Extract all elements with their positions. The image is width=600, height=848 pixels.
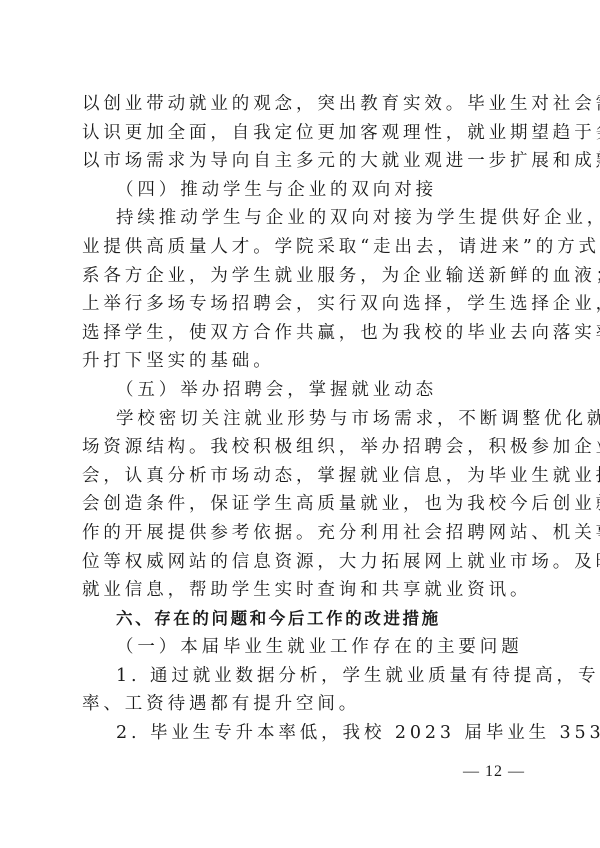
document-page: 以创业带动就业的观念，突出教育实效。毕业生对社会需求的 认识更加全面，自我定位更… <box>82 90 519 748</box>
paragraph-line: 作的开展提供参考依据。充分利用社会招聘网站、机关事业单 <box>82 519 519 548</box>
paragraph-line: 2. 毕业生专升本率低，我校 2023 届毕业生 3537 人，升学 <box>82 719 519 748</box>
paragraph-line: 选择学生，使双方合作共赢，也为我校的毕业去向落实率的提 <box>82 319 519 348</box>
subheading-4: （四）推动学生与企业的双向对接 <box>82 176 519 205</box>
paragraph-line: 会创造条件，保证学生高质量就业，也为我校今后创业就业工 <box>82 490 519 519</box>
paragraph-line: 系各方企业，为学生就业服务，为企业输送新鲜的血液；在线 <box>82 262 519 291</box>
paragraph-line: 1. 通过就业数据分析，学生就业质量有待提高，专业对口 <box>82 662 519 691</box>
section-heading-6: 六、存在的问题和今后工作的改进措施 <box>82 605 519 634</box>
paragraph-line: 上举行多场专场招聘会，实行双向选择，学生选择企业，企业 <box>82 290 519 319</box>
paragraph-line: 升打下坚实的基础。 <box>82 347 519 376</box>
paragraph-line: 业提供高质量人才。学院采取“走出去，请进来”的方式，联 <box>82 233 519 262</box>
paragraph-line: 学校密切关注就业形势与市场需求，不断调整优化就业市 <box>82 405 519 434</box>
paragraph-line: 就业信息，帮助学生实时查询和共享就业资讯。 <box>82 576 519 605</box>
paragraph-line: 持续推动学生与企业的双向对接为学生提供好企业，为企 <box>82 204 519 233</box>
paragraph-line: 会，认真分析市场动态，掌握就业信息，为毕业生就业提供机 <box>82 462 519 491</box>
paragraph-line: 认识更加全面，自我定位更加客观理性，就业期望趋于务实， <box>82 119 519 148</box>
subheading-5: （五）举办招聘会，掌握就业动态 <box>82 376 519 405</box>
paragraph-line: 以市场需求为导向自主多元的大就业观进一步扩展和成熟。 <box>82 147 519 176</box>
paragraph-line: 率、工资待遇都有提升空间。 <box>82 690 519 719</box>
paragraph-line: 位等权威网站的信息资源，大力拓展网上就业市场。及时发布 <box>82 548 519 577</box>
page-number: — 12 — <box>463 763 525 781</box>
subheading-1: （一）本届毕业生就业工作存在的主要问题 <box>82 633 519 662</box>
paragraph-line: 场资源结构。我校积极组织，举办招聘会，积极参加企业招聘 <box>82 433 519 462</box>
paragraph-line: 以创业带动就业的观念，突出教育实效。毕业生对社会需求的 <box>82 90 519 119</box>
